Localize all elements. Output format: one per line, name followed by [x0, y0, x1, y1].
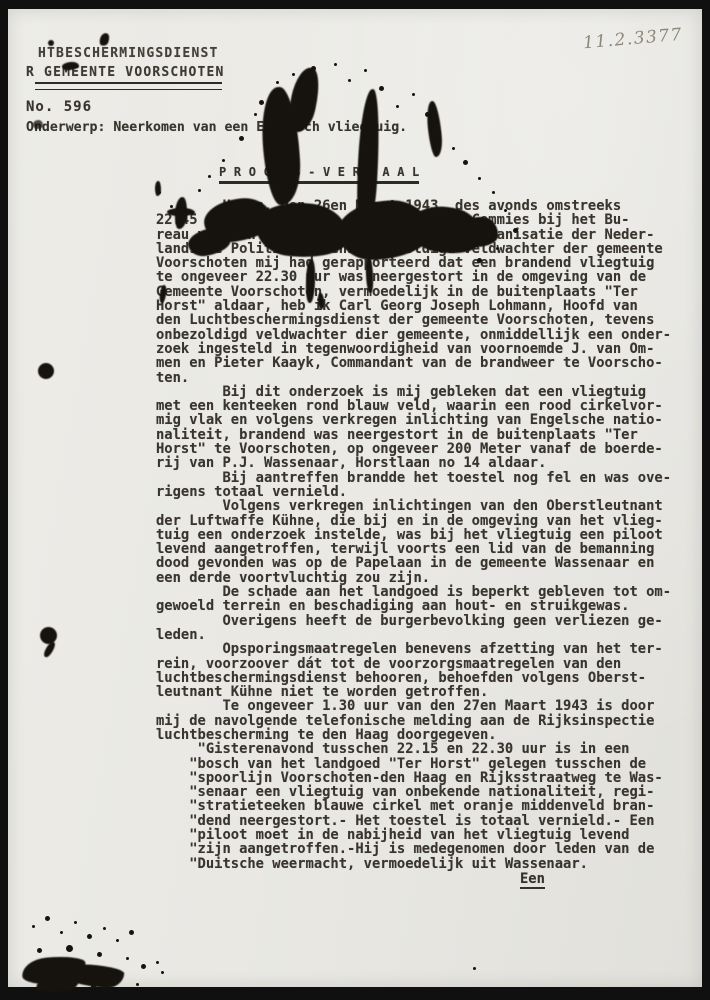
document-number: No. 596 [26, 99, 92, 115]
punch-hole [38, 363, 54, 379]
letterhead-line2: R GEMEENTE VOORSCHOTEN [26, 65, 225, 80]
subject-line: Onderwerp: Neerkomen van een Engelsch vl… [26, 120, 407, 135]
archival-number-handwritten: 11.2.3377 [582, 25, 683, 54]
paragraph: Overigens heeft de burgerbevolking geen … [156, 614, 696, 643]
ink-stain [48, 40, 54, 46]
paragraph: Opsporingsmaatregelen benevens afzetting… [156, 642, 696, 699]
paragraph: Bij aantreffen brandde het toestel nog f… [156, 471, 696, 500]
document-paper: 11.2.3377 HTBESCHERMINGSDIENST R GEMEENT… [8, 9, 702, 987]
scanned-document-page: 11.2.3377 HTBESCHERMINGSDIENST R GEMEENT… [0, 0, 710, 1000]
letterhead-rule [35, 82, 222, 90]
catchword-row: Een [520, 871, 696, 886]
punch-hole [40, 627, 57, 644]
quoted-telephone-report: "Gisterenavond tusschen 22.15 en 22.30 u… [156, 742, 696, 871]
ink-stain [167, 208, 195, 216]
ink-stain [155, 181, 161, 196]
ink-stain [98, 32, 111, 47]
paragraph: Volgens verkregen inlichtingen van den O… [156, 499, 696, 585]
ink-stain [425, 100, 444, 157]
ink-stain [460, 217, 498, 247]
document-body: Heden, den 26en Maart 1943, des avonds o… [156, 199, 696, 886]
paragraph: Bij dit onderzoek is mij gebleken dat ee… [156, 385, 696, 471]
ink-stain [33, 120, 43, 129]
paragraph: De schade aan het landgoed is beperkt ge… [156, 585, 696, 614]
paragraph: Te ongeveer 1.30 uur van den 27en Maart … [156, 699, 696, 742]
catchword: Een [520, 871, 545, 889]
letterhead-line1: HTBESCHERMINGSDIENST [38, 46, 219, 61]
ink-speckles [8, 9, 11, 12]
document-title: P R O C E S - V E R B A A L [219, 165, 419, 184]
